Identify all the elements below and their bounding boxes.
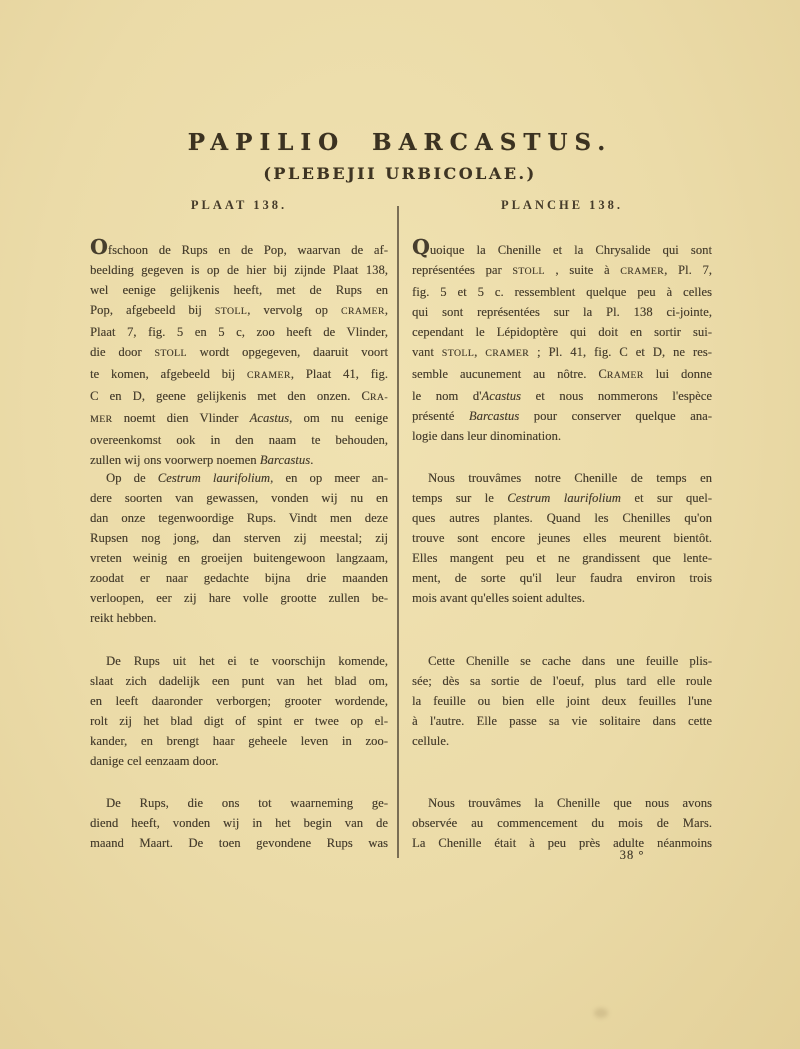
text-line: présenté Barcastus pour conserver quelqu… bbox=[412, 406, 712, 426]
text-line: Pop, afgebeeld bij STOLL, vervolg op CRA… bbox=[90, 300, 388, 322]
text-line: Rupsen nog jong, dan sterven zij meestal… bbox=[90, 528, 388, 548]
text-line: overeenkomst ook in den naam te behouden… bbox=[90, 430, 388, 450]
text-line: mois avant qu'elles soient adultes. bbox=[412, 588, 712, 608]
text-line: trouve sont encore jeunes elles meurent … bbox=[412, 528, 712, 548]
text-line: vant STOLL, CRAMER ; Pl. 41, fig. C et D… bbox=[412, 342, 712, 364]
text-body: Ofschoon de Rups en de Pop, waarvan de a… bbox=[0, 237, 800, 937]
paragraph: Op de Cestrum laurifolium, en op meer an… bbox=[90, 468, 388, 628]
signature-mark: 38 ° bbox=[572, 848, 692, 863]
text-line: zullen wij ons voorwerp noemen Barcastus… bbox=[90, 450, 388, 470]
text-line: MER noemt dien Vlinder Acastus, om nu ee… bbox=[90, 408, 388, 430]
text-line: De Rups, die ons tot waarneming ge- bbox=[90, 793, 388, 813]
text-line: ment, de sorte qu'il leur faudra environ… bbox=[412, 568, 712, 588]
text-line: le nom d'Acastus et nous nommerons l'esp… bbox=[412, 386, 712, 406]
page-title: PAPILIO BARCASTUS. bbox=[0, 129, 800, 156]
text-line: die door STOLL wordt opgegeven, daaruit … bbox=[90, 342, 388, 364]
text-line: cependant le Lépidoptère qui doit en sor… bbox=[412, 322, 712, 342]
page-subtitle: (PLEBEJII URBICOLAE.) bbox=[0, 164, 800, 183]
text-line: De Rups uit het ei te voorschijn komende… bbox=[90, 651, 388, 671]
scanned-book-page: PAPILIO BARCASTUS. (PLEBEJII URBICOLAE.)… bbox=[0, 0, 800, 1049]
right-column-header: PLANCHE 138. bbox=[412, 198, 712, 213]
text-line: beelding gegeven is op de hier bij zijnd… bbox=[90, 260, 388, 280]
text-line: Nous trouvâmes la Chenille que nous avon… bbox=[412, 793, 712, 813]
text-line: Cette Chenille se cache dans une feuille… bbox=[412, 651, 712, 671]
text-line: semble aucunement au nôtre. CRAMER lui d… bbox=[412, 364, 712, 386]
text-line: la feuille ou bien elle joint deux feuil… bbox=[412, 691, 712, 711]
text-line: verloopen, eer zij hare volle grootte zu… bbox=[90, 588, 388, 608]
left-column-header: PLAAT 138. bbox=[90, 198, 388, 213]
paragraph: De Rups, die ons tot waarneming ge-diend… bbox=[90, 793, 388, 853]
text-line: C en D, geene gelijkenis met den onzen. … bbox=[90, 386, 388, 408]
text-line: Plaat 7, fig. 5 en 5 c, zoo heeft de Vli… bbox=[90, 322, 388, 342]
paragraph: Cette Chenille se cache dans une feuille… bbox=[412, 651, 712, 751]
text-line: à l'autre. Elle passe sa vie solitaire d… bbox=[412, 711, 712, 731]
text-line: sée; dès sa sortie de l'oeuf, plus tard … bbox=[412, 671, 712, 691]
text-line: en leeft daaronder verborgen; grooter wo… bbox=[90, 691, 388, 711]
text-line: kander, en brengt haar geheele leven in … bbox=[90, 731, 388, 751]
text-line: fig. 5 et 5 c. ressemblent quelque peu à… bbox=[412, 282, 712, 302]
paper-smudge bbox=[594, 1008, 608, 1018]
text-line: dere soorten van gewassen, vonden wij nu… bbox=[90, 488, 388, 508]
text-line: slaat zich dadelijk een punt van het bla… bbox=[90, 671, 388, 691]
text-line: temps sur le Cestrum laurifolium et sur … bbox=[412, 488, 712, 508]
text-line: Quoique la Chenille et la Chrysalide qui… bbox=[412, 237, 712, 260]
text-line: reikt hebben. bbox=[90, 608, 388, 628]
text-line: vreten weinig en groeijen buitengewoon l… bbox=[90, 548, 388, 568]
text-line: wel eenige gelijkenis heeft, met de Rups… bbox=[90, 280, 388, 300]
text-line: Elles mangent peu et ne grandissent que … bbox=[412, 548, 712, 568]
paragraph: Quoique la Chenille et la Chrysalide qui… bbox=[412, 237, 712, 446]
text-line: qui sont représentées sur la Pl. 138 ci-… bbox=[412, 302, 712, 322]
left-column-dutch: Ofschoon de Rups en de Pop, waarvan de a… bbox=[90, 237, 388, 937]
text-line: logie dans leur dinomination. bbox=[412, 426, 712, 446]
paragraph: Ofschoon de Rups en de Pop, waarvan de a… bbox=[90, 237, 388, 470]
text-line: te komen, afgebeeld bij CRAMER, Plaat 41… bbox=[90, 364, 388, 386]
text-line: zoodat er naar gedachte bijna drie maand… bbox=[90, 568, 388, 588]
text-line: rolt zij het blad digt of spint er twee … bbox=[90, 711, 388, 731]
text-line: diend heeft, vonden wij in het begin van… bbox=[90, 813, 388, 833]
text-line: représentées par STOLL , suite à CRAMER,… bbox=[412, 260, 712, 282]
text-line: Ofschoon de Rups en de Pop, waarvan de a… bbox=[90, 237, 388, 260]
right-column-french: Quoique la Chenille et la Chrysalide qui… bbox=[412, 237, 712, 937]
text-line: dan onze tegenwoordige Rups. Vindt men d… bbox=[90, 508, 388, 528]
text-line: Nous trouvâmes notre Chenille de temps e… bbox=[412, 468, 712, 488]
text-line: cellule. bbox=[412, 731, 712, 751]
text-line: ques autres plantes. Quand les Chenilles… bbox=[412, 508, 712, 528]
paragraph: De Rups uit het ei te voorschijn komende… bbox=[90, 651, 388, 771]
text-line: Op de Cestrum laurifolium, en op meer an… bbox=[90, 468, 388, 488]
text-line: danige cel eenzaam door. bbox=[90, 751, 388, 771]
paragraph: Nous trouvâmes la Chenille que nous avon… bbox=[412, 793, 712, 853]
text-line: observée au commencement du mois de Mars… bbox=[412, 813, 712, 833]
text-line: maand Maart. De toen gevondene Rups was bbox=[90, 833, 388, 853]
paragraph: Nous trouvâmes notre Chenille de temps e… bbox=[412, 468, 712, 608]
